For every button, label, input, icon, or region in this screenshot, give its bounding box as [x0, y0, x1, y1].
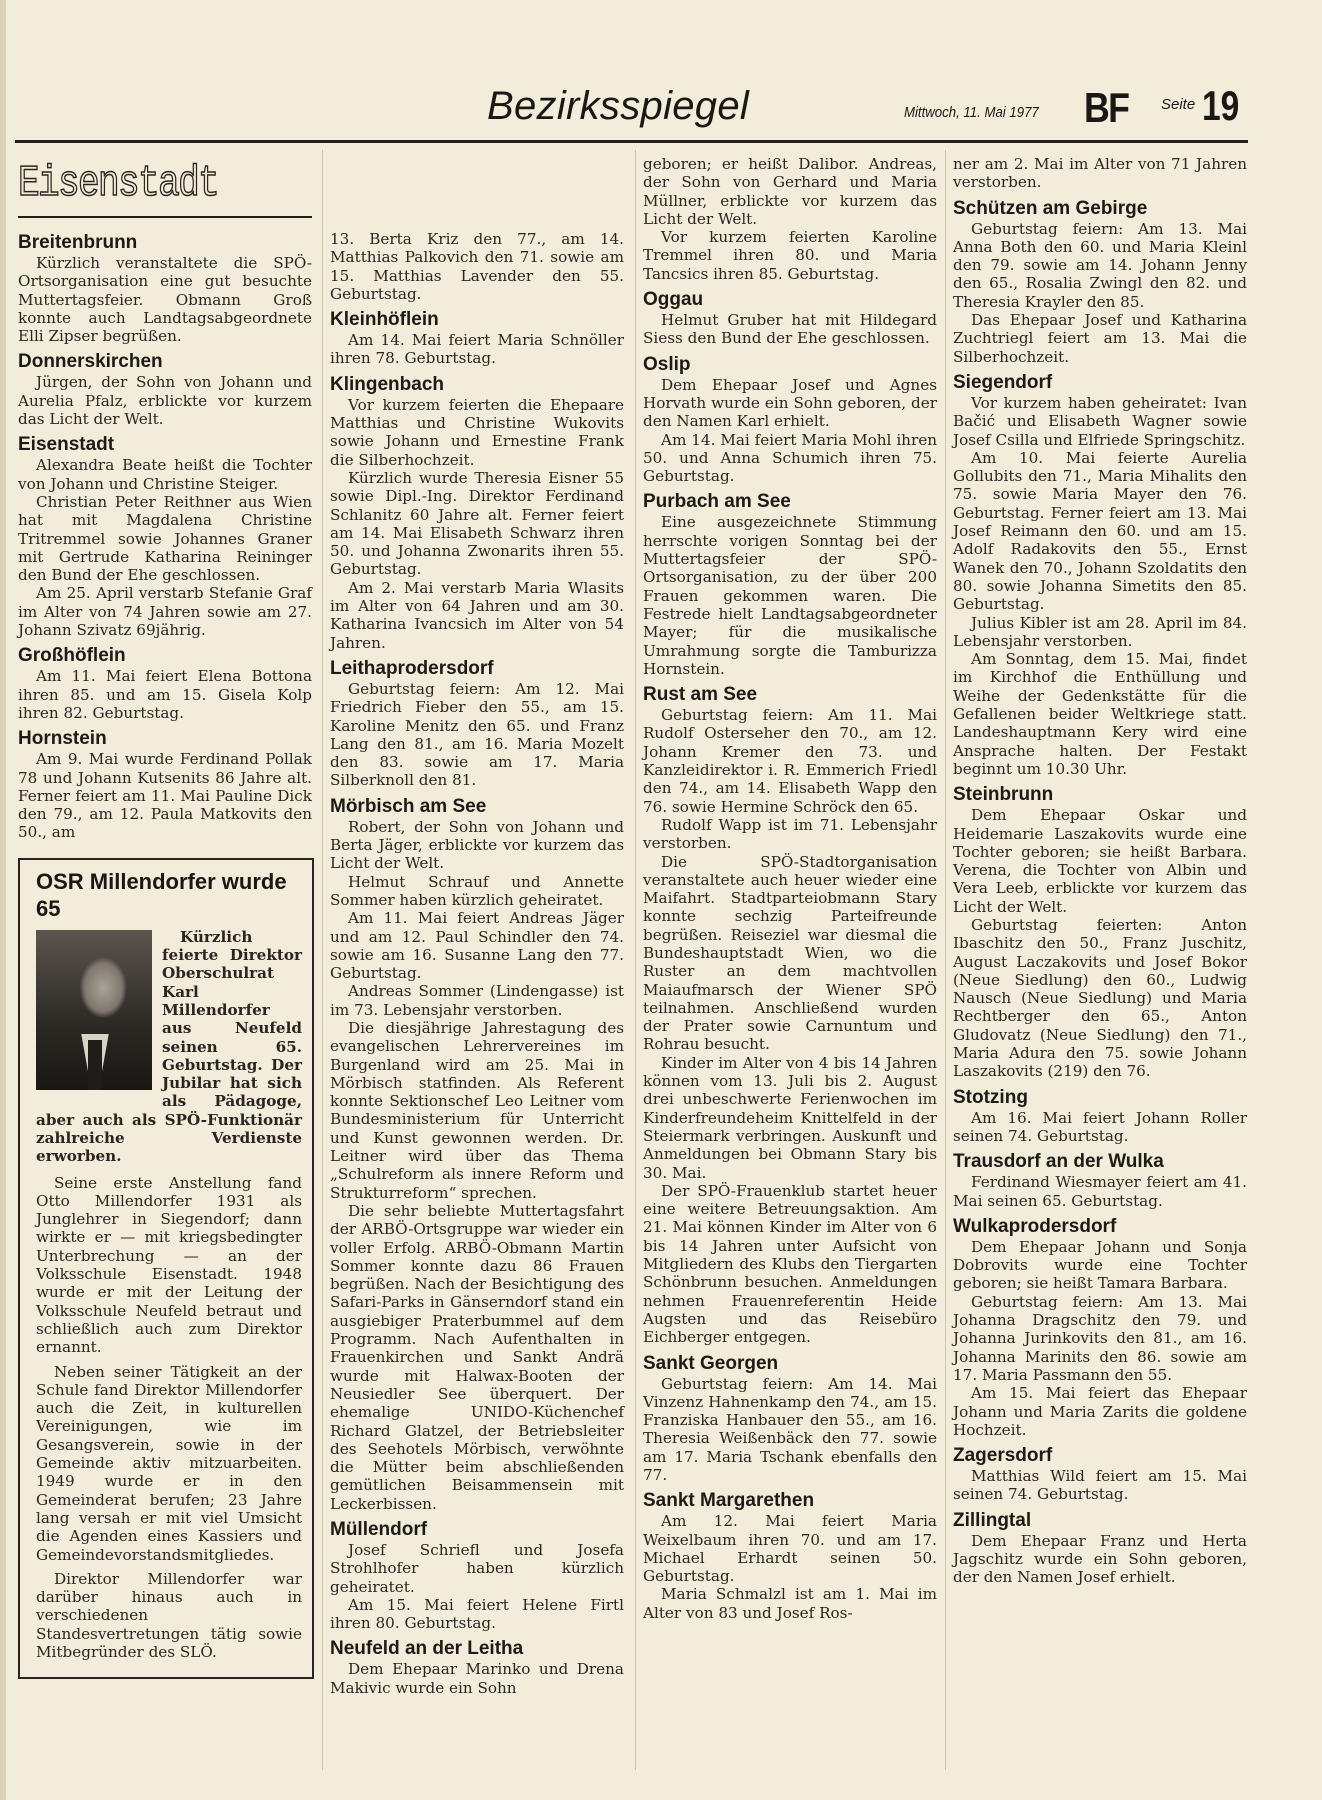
column-items: BreitenbrunnKürzlich veranstaltete die S…: [18, 232, 312, 842]
item-paragraph: Die SPÖ-Stadtorganisation veranstaltete …: [643, 853, 937, 1054]
item-paragraph: Christian Peter Reithner aus Wien hat mi…: [18, 493, 312, 584]
item-heading: Müllendorf: [330, 1519, 624, 1541]
news-item: Neufeld an der LeithaDem Ehepaar Marinko…: [330, 1638, 624, 1697]
item-paragraph: Am 14. Mai feiert Maria Mohl ihren 50. u…: [643, 431, 937, 486]
news-item: LeithaprodersdorfGeburtstag feiern: Am 1…: [330, 658, 624, 790]
news-item: GroßhöfleinAm 11. Mai feiert Elena Botto…: [18, 645, 312, 722]
item-heading: Mörbisch am See: [330, 796, 624, 818]
item-paragraph: Robert, der Sohn von Johann und Berta Jä…: [330, 818, 624, 873]
item-paragraph: Geburtstag feiern: Am 12. Mai Friedrich …: [330, 680, 624, 790]
news-item: 13. Berta Kriz den 77., am 14. Matthias …: [330, 230, 624, 303]
item-heading: Steinbrunn: [953, 784, 1247, 806]
issue-date: Mittwoch, 11. Mai 1977: [904, 104, 1039, 121]
item-heading: Zagersdorf: [953, 1445, 1247, 1467]
item-heading: Hornstein: [18, 728, 312, 750]
item-paragraph: ner am 2. Mai im Alter von 71 Jahren ver…: [953, 155, 1247, 192]
news-item: SteinbrunnDem Ehepaar Oskar und Heidemar…: [953, 784, 1247, 1080]
item-paragraph: Am Sonntag, dem 15. Mai, findet im Kirch…: [953, 650, 1247, 778]
feature-box: OSR Millendorfer wurde 65 Kürzlich feier…: [18, 858, 314, 1680]
item-paragraph: Jürgen, der Sohn von Johann und Aurelia …: [18, 373, 312, 428]
item-heading: Eisenstadt: [18, 434, 312, 456]
item-paragraph: Ferdinand Wiesmayer feiert am 41. Mai se…: [953, 1173, 1247, 1210]
item-paragraph: geboren; er heißt Dalibor. Andreas, der …: [643, 155, 937, 228]
column-divider: [322, 150, 323, 1770]
district-rule: [18, 216, 312, 218]
item-paragraph: Julius Kibler ist am 28. April im 84. Le…: [953, 614, 1247, 651]
column-items: 13. Berta Kriz den 77., am 14. Matthias …: [330, 230, 624, 1697]
item-paragraph: Geburtstag feiern: Am 14. Mai Vinzenz Ha…: [643, 1375, 937, 1485]
item-heading: Oslip: [643, 354, 937, 376]
page-number: 19: [1202, 82, 1239, 130]
news-item: StotzingAm 16. Mai feiert Johann Roller …: [953, 1087, 1247, 1146]
item-paragraph: Am 11. Mai feiert Andreas Jäger und am 1…: [330, 909, 624, 982]
item-heading: Siegendorf: [953, 372, 1247, 394]
feature-paragraph: Seine erste Anstellung fand Otto Millend…: [36, 1174, 302, 1357]
feature-paragraph: Neben seiner Tätigkeit an der Schule fan…: [36, 1363, 302, 1564]
item-heading: Zillingtal: [953, 1510, 1247, 1532]
item-paragraph: Kürzlich wurde Theresia Eisner 55 sowie …: [330, 469, 624, 579]
news-item: Sankt GeorgenGeburtstag feiern: Am 14. M…: [643, 1353, 937, 1485]
item-paragraph: Kürzlich veranstaltete die SPÖ-Ortsorgan…: [18, 254, 312, 345]
column-divider: [945, 150, 946, 1770]
masthead-rule: [15, 140, 1248, 143]
item-heading: Klingenbach: [330, 374, 624, 396]
item-heading: Leithaprodersdorf: [330, 658, 624, 680]
news-item: Schützen am GebirgeGeburtstag feiern: Am…: [953, 198, 1247, 366]
item-paragraph: Kinder im Alter von 4 bis 14 Jahren könn…: [643, 1054, 937, 1182]
item-paragraph: Dem Ehepaar Johann und Sonja Dobrovits w…: [953, 1238, 1247, 1293]
news-item: OggauHelmut Gruber hat mit Hildegard Sie…: [643, 289, 937, 348]
news-item: Rust am SeeGeburtstag feiern: Am 11. Mai…: [643, 684, 937, 1346]
news-item: BreitenbrunnKürzlich veranstaltete die S…: [18, 232, 312, 345]
column-items: geboren; er heißt Dalibor. Andreas, der …: [643, 155, 937, 1622]
item-paragraph: Am 10. Mai feierte Aurelia Gollubits den…: [953, 449, 1247, 614]
item-heading: Rust am See: [643, 684, 937, 706]
item-paragraph: Am 12. Mai feiert Maria Weixelbaum ihren…: [643, 1512, 937, 1585]
news-item: HornsteinAm 9. Mai wurde Ferdinand Polla…: [18, 728, 312, 841]
item-heading: Donnerskirchen: [18, 351, 312, 373]
item-paragraph: Dem Ehepaar Marinko und Drena Makivic wu…: [330, 1660, 624, 1697]
item-heading: Schützen am Gebirge: [953, 198, 1247, 220]
item-paragraph: Dem Ehepaar Oskar und Heidemarie Laszako…: [953, 806, 1247, 916]
paper-logo: BF: [1084, 84, 1128, 132]
portrait-photo: [36, 930, 152, 1090]
item-paragraph: Die diesjährige Jahrestagung des evangel…: [330, 1019, 624, 1202]
column-4: ner am 2. Mai im Alter von 71 Jahren ver…: [953, 155, 1247, 1593]
feature-paragraph: Direktor Millendorfer war darüber hinaus…: [36, 1570, 302, 1661]
item-paragraph: Am 2. Mai verstarb Maria Wlasits im Alte…: [330, 579, 624, 652]
item-paragraph: Am 11. Mai feiert Elena Bottona ihren 85…: [18, 667, 312, 722]
district-title: Eisenstadt: [18, 155, 259, 213]
item-paragraph: Am 15. Mai feiert das Ehepaar Johann und…: [953, 1384, 1247, 1439]
item-heading: Oggau: [643, 289, 937, 311]
item-paragraph: Josef Schriefl und Josefa Strohlhofer ha…: [330, 1541, 624, 1596]
item-heading: Trausdorf an der Wulka: [953, 1151, 1247, 1173]
item-heading: Sankt Georgen: [643, 1353, 937, 1375]
item-paragraph: Maria Schmalzl ist am 1. Mai im Alter vo…: [643, 1585, 937, 1622]
item-paragraph: Rudolf Wapp ist im 71. Lebensjahr versto…: [643, 816, 937, 853]
item-paragraph: Vor kurzem feierten die Ehepaare Matthia…: [330, 396, 624, 469]
news-item: OslipDem Ehepaar Josef und Agnes Horvath…: [643, 354, 937, 486]
column-3: geboren; er heißt Dalibor. Andreas, der …: [643, 155, 937, 1628]
item-heading: Neufeld an der Leitha: [330, 1638, 624, 1660]
masthead: Bezirksspiegel Mittwoch, 11. Mai 1977 BF…: [15, 80, 1248, 140]
news-item: Mörbisch am SeeRobert, der Sohn von Joha…: [330, 796, 624, 1513]
item-paragraph: Alexandra Beate heißt die Tochter von Jo…: [18, 456, 312, 493]
feature-headline: OSR Millendorfer wurde 65: [36, 868, 302, 922]
news-item: DonnerskirchenJürgen, der Sohn von Johan…: [18, 351, 312, 428]
item-paragraph: Am 15. Mai feiert Helene Firtl ihren 80.…: [330, 1596, 624, 1633]
item-heading: Großhöflein: [18, 645, 312, 667]
page-label: Seite: [1161, 96, 1195, 113]
news-item: EisenstadtAlexandra Beate heißt die Toch…: [18, 434, 312, 639]
news-item: ner am 2. Mai im Alter von 71 Jahren ver…: [953, 155, 1247, 192]
news-item: ZillingtalDem Ehepaar Franz und Herta Ja…: [953, 1510, 1247, 1587]
feature-body: Seine erste Anstellung fand Otto Millend…: [36, 1174, 302, 1662]
item-heading: Wulkaprodersdorf: [953, 1216, 1247, 1238]
item-heading: Purbach am See: [643, 491, 937, 513]
news-item: SiegendorfVor kurzem haben geheiratet: I…: [953, 372, 1247, 778]
item-paragraph: Dem Ehepaar Franz und Herta Jagschitz wu…: [953, 1532, 1247, 1587]
item-paragraph: Vor kurzem haben geheiratet: Ivan Bačić …: [953, 394, 1247, 449]
column-divider: [635, 150, 636, 1770]
item-heading: Stotzing: [953, 1087, 1247, 1109]
section-title: Bezirksspiegel: [487, 84, 749, 129]
item-paragraph: Geburtstag feiern: Am 11. Mai Rudolf Ost…: [643, 706, 937, 816]
column-items: ner am 2. Mai im Alter von 71 Jahren ver…: [953, 155, 1247, 1587]
news-item: ZagersdorfMatthias Wild feiert am 15. Ma…: [953, 1445, 1247, 1504]
item-paragraph: Matthias Wild feiert am 15. Mai seinen 7…: [953, 1467, 1247, 1504]
item-paragraph: Geburtstag feiern: Am 13. Mai Anna Both …: [953, 220, 1247, 311]
news-item: Purbach am SeeEine ausgezeichnete Stimmu…: [643, 491, 937, 678]
news-item: WulkaprodersdorfDem Ehepaar Johann und S…: [953, 1216, 1247, 1439]
news-item: KleinhöfleinAm 14. Mai feiert Maria Schn…: [330, 309, 624, 368]
column-2: 13. Berta Kriz den 77., am 14. Matthias …: [330, 230, 624, 1703]
item-paragraph: Andreas Sommer (Lindengasse) ist im 73. …: [330, 982, 624, 1019]
item-paragraph: Dem Ehepaar Josef und Agnes Horvath wurd…: [643, 376, 937, 431]
item-paragraph: Am 25. April verstarb Stefanie Graf im A…: [18, 584, 312, 639]
item-paragraph: 13. Berta Kriz den 77., am 14. Matthias …: [330, 230, 624, 303]
page-edge: [0, 0, 6, 1800]
news-item: geboren; er heißt Dalibor. Andreas, der …: [643, 155, 937, 283]
news-item: Trausdorf an der WulkaFerdinand Wiesmaye…: [953, 1151, 1247, 1210]
item-paragraph: Der SPÖ-Frauenklub startet heuer eine we…: [643, 1182, 937, 1347]
item-paragraph: Helmut Schrauf und Annette Sommer haben …: [330, 873, 624, 910]
item-paragraph: Am 16. Mai feiert Johann Roller seinen 7…: [953, 1109, 1247, 1146]
item-paragraph: Die sehr beliebte Muttertagsfahrt der AR…: [330, 1202, 624, 1513]
item-paragraph: Das Ehepaar Josef und Katharina Zuchtrie…: [953, 311, 1247, 366]
column-1: Eisenstadt BreitenbrunnKürzlich veransta…: [18, 155, 312, 1679]
item-paragraph: Am 9. Mai wurde Ferdinand Pollak 78 und …: [18, 750, 312, 841]
news-item: KlingenbachVor kurzem feierten die Ehepa…: [330, 374, 624, 652]
item-paragraph: Helmut Gruber hat mit Hildegard Siess de…: [643, 311, 937, 348]
item-heading: Sankt Margarethen: [643, 1490, 937, 1512]
item-paragraph: Geburtstag feiern: Am 13. Mai Johanna Dr…: [953, 1293, 1247, 1384]
item-heading: Breitenbrunn: [18, 232, 312, 254]
item-paragraph: Vor kurzem feierten Karoline Tremmel ihr…: [643, 228, 937, 283]
newspaper-page: Bezirksspiegel Mittwoch, 11. Mai 1977 BF…: [0, 0, 1322, 1800]
item-paragraph: Eine ausgezeichnete Stimmung herrschte v…: [643, 513, 937, 678]
item-paragraph: Geburtstag feierten: Anton Ibaschitz den…: [953, 916, 1247, 1081]
item-heading: Kleinhöflein: [330, 309, 624, 331]
item-paragraph: Am 14. Mai feiert Maria Schnöller ihren …: [330, 331, 624, 368]
news-item: Sankt MargarethenAm 12. Mai feiert Maria…: [643, 1490, 937, 1622]
news-item: MüllendorfJosef Schriefl und Josefa Stro…: [330, 1519, 624, 1632]
